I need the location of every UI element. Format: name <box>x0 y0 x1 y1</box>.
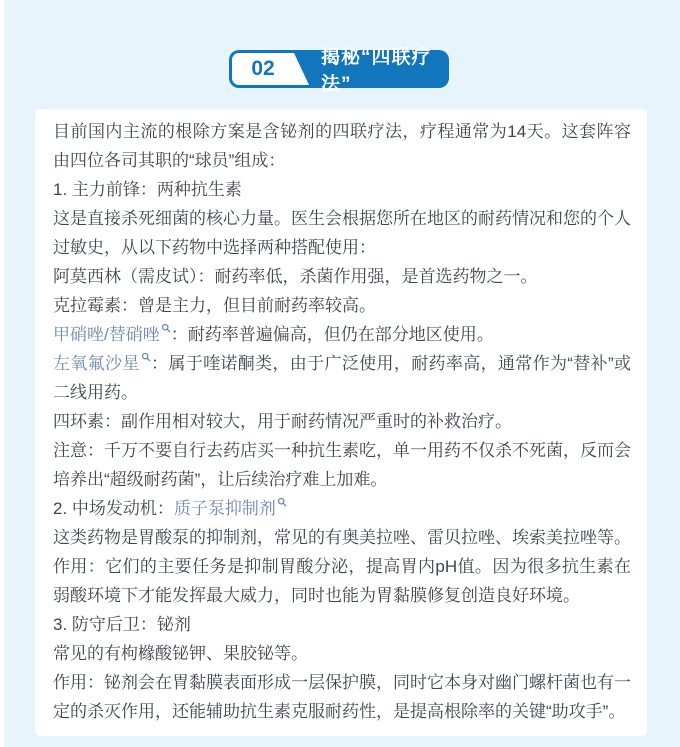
search-icon[interactable] <box>141 352 151 362</box>
section-badge: 02 揭秘“四联疗法” <box>229 50 449 88</box>
paragraph: 左氧氟沙星：属于喹诺酮类，由于广泛使用，耐药率高，通常作为“替补”或二线用药。 <box>53 349 631 407</box>
drug-link[interactable]: 质子泵抑制剂 <box>174 499 287 518</box>
paragraph: 作用：它们的主要任务是抑制胃酸分泌，提高胃内pH值。因为很多抗生素在弱酸环境下才… <box>53 552 631 610</box>
paragraph: 这类药物是胃酸泵的抑制剂，常见的有奥美拉唑、雷贝拉唑、埃索美拉唑等。 <box>53 523 631 552</box>
text-run: 阿莫西林（需皮试）：耐药率低，杀菌作用强，是首选药物之一。 <box>53 267 538 286</box>
search-icon[interactable] <box>161 323 171 333</box>
text-run: 3. 防守后卫：铋剂 <box>53 615 191 634</box>
section-title: 揭秘“四联疗法” <box>321 50 445 88</box>
paragraph: 常见的有枸橼酸铋钾、果胶铋等。 <box>53 639 631 668</box>
section-number-slant <box>294 53 309 85</box>
text-run: 注意：千万不要自行去药店买一种抗生素吃，单一用药不仅杀不死菌，反而会培养出“超级… <box>53 441 631 489</box>
section-number-panel: 02 <box>232 53 309 85</box>
text-run: 克拉霉素：曾是主力，但目前耐药率较高。 <box>53 296 376 315</box>
paragraph: 作用：铋剂会在胃黏膜表面形成一层保护膜，同时它本身对幽门螺杆菌也有一定的杀灭作用… <box>53 668 631 726</box>
drug-link-label[interactable]: 甲硝唑/替硝唑 <box>53 325 160 344</box>
article-body: 目前国内主流的根除方案是含铋剂的四联疗法，疗程通常为14天。这套阵容由四位各司其… <box>53 117 631 726</box>
paragraph: 2. 中场发动机：质子泵抑制剂 <box>53 494 631 523</box>
paragraph: 阿莫西林（需皮试）：耐药率低，杀菌作用强，是首选药物之一。 <box>53 262 631 291</box>
paragraph: 目前国内主流的根除方案是含铋剂的四联疗法，疗程通常为14天。这套阵容由四位各司其… <box>53 117 631 175</box>
article-card: 目前国内主流的根除方案是含铋剂的四联疗法，疗程通常为14天。这套阵容由四位各司其… <box>35 109 647 736</box>
drug-link-label[interactable]: 质子泵抑制剂 <box>174 499 276 518</box>
search-icon[interactable] <box>277 497 287 507</box>
paragraph: 3. 防守后卫：铋剂 <box>53 610 631 639</box>
text-run: 这类药物是胃酸泵的抑制剂，常见的有奥美拉唑、雷贝拉唑、埃索美拉唑等。 <box>53 528 631 547</box>
paragraph: 这是直接杀死细菌的核心力量。医生会根据您所在地区的耐药情况和您的个人过敏史，从以… <box>53 204 631 262</box>
text-run: 常见的有枸橼酸铋钾、果胶铋等。 <box>53 644 308 663</box>
drug-link[interactable]: 甲硝唑/替硝唑 <box>53 325 171 344</box>
drug-link[interactable]: 左氧氟沙星 <box>53 354 151 373</box>
text-run: 这是直接杀死细菌的核心力量。医生会根据您所在地区的耐药情况和您的个人过敏史，从以… <box>53 209 631 257</box>
text-run: 2. 中场发动机： <box>53 499 174 518</box>
paragraph: 四环素：副作用相对较大，用于耐药情况严重时的补救治疗。 <box>53 407 631 436</box>
paragraph: 克拉霉素：曾是主力，但目前耐药率较高。 <box>53 291 631 320</box>
page-left-strip <box>0 0 4 747</box>
paragraph: 1. 主力前锋：两种抗生素 <box>53 175 631 204</box>
text-run: 作用：铋剂会在胃黏膜表面形成一层保护膜，同时它本身对幽门螺杆菌也有一定的杀灭作用… <box>53 673 631 721</box>
paragraph: 甲硝唑/替硝唑：耐药率普遍偏高，但仍在部分地区使用。 <box>53 320 631 349</box>
section-number: 02 <box>232 53 294 85</box>
text-run: 1. 主力前锋：两种抗生素 <box>53 180 242 199</box>
text-run: 作用：它们的主要任务是抑制胃酸分泌，提高胃内pH值。因为很多抗生素在弱酸环境下才… <box>53 557 631 605</box>
paragraph: 注意：千万不要自行去药店买一种抗生素吃，单一用药不仅杀不死菌，反而会培养出“超级… <box>53 436 631 494</box>
text-run: ：耐药率普遍偏高，但仍在部分地区使用。 <box>171 325 494 344</box>
drug-link-label[interactable]: 左氧氟沙星 <box>53 354 140 373</box>
text-run: 目前国内主流的根除方案是含铋剂的四联疗法，疗程通常为14天。这套阵容由四位各司其… <box>53 122 631 170</box>
text-run: 四环素：副作用相对较大，用于耐药情况严重时的补救治疗。 <box>53 412 512 431</box>
